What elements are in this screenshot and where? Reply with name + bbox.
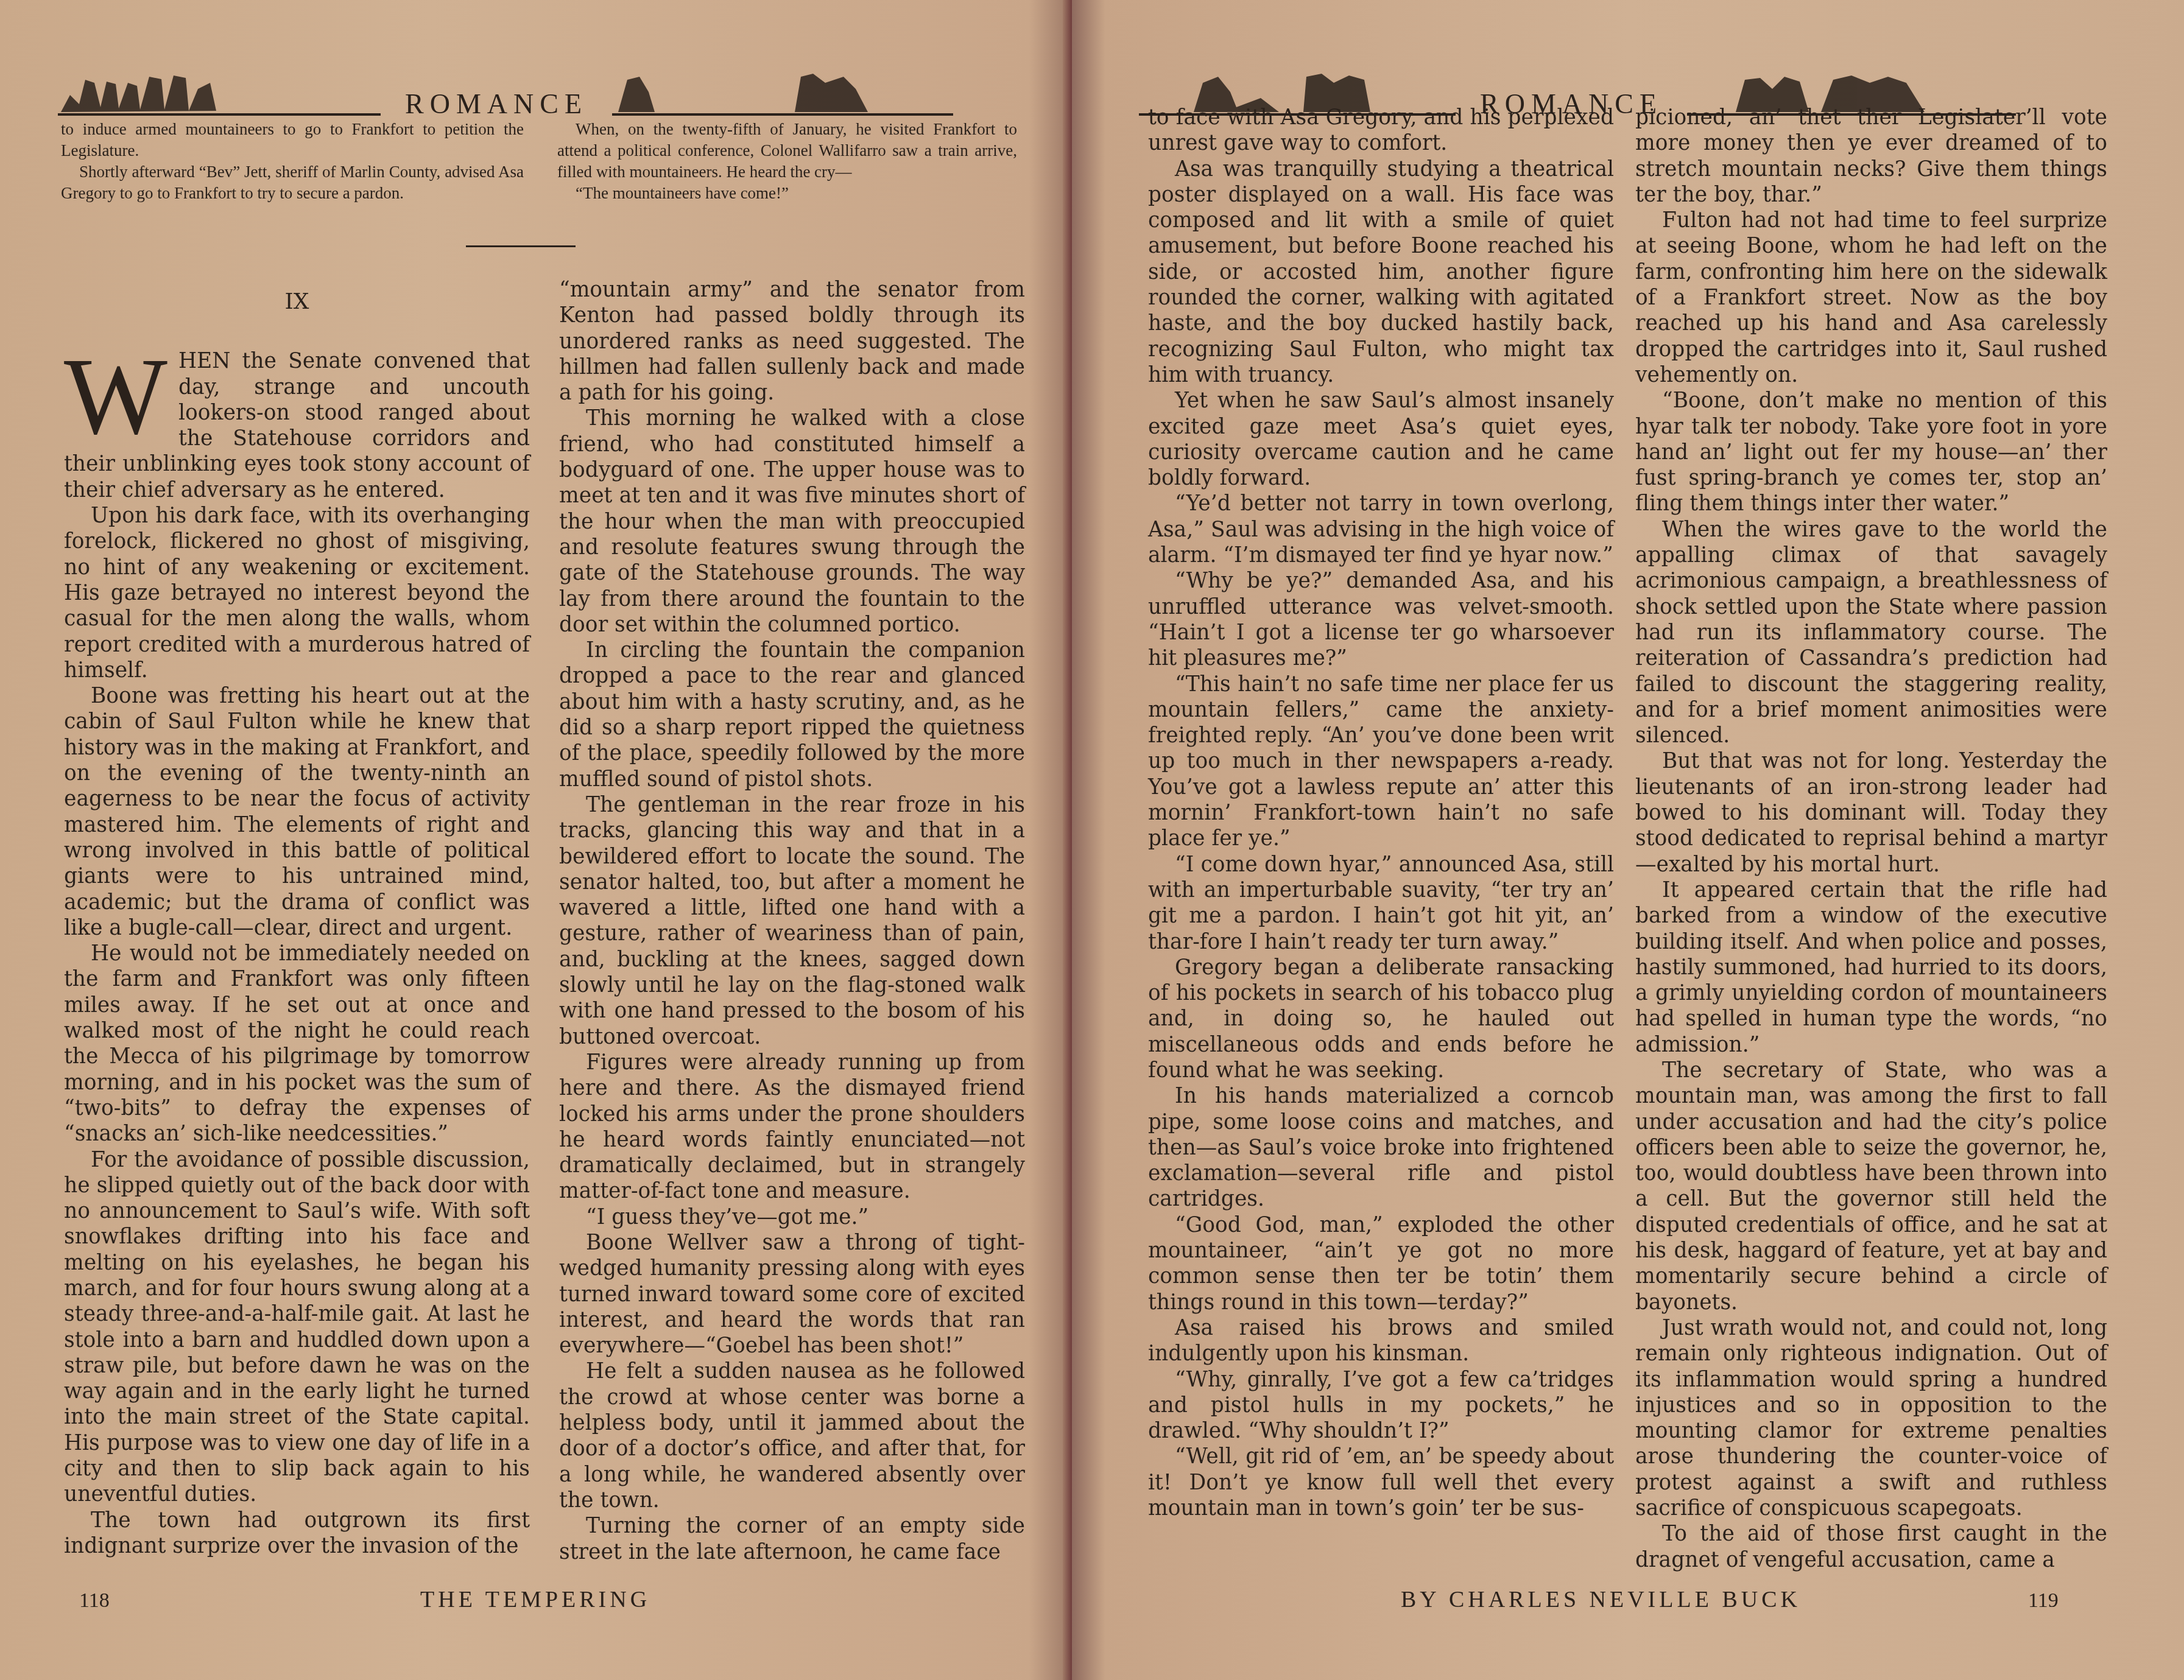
figures-ornament-icon: [612, 71, 953, 116]
teaser-paragraph: When, on the twenty-fifth of January, he…: [557, 119, 1017, 183]
paragraph: Upon his dark face, with its overhanging…: [64, 503, 530, 683]
paragraph: “Why, ginrally, I’ve got a few ca’tridge…: [1148, 1367, 1614, 1444]
paragraph: “mountain army” and the senator from Ken…: [559, 277, 1025, 406]
paragraph: to face with Asa Gregory, and his perple…: [1148, 105, 1614, 156]
paragraph: Boone Wellver saw a throng of tight-wedg…: [559, 1230, 1025, 1358]
footer-author: BY CHARLES NEVILLE BUCK: [1401, 1586, 1801, 1613]
paragraph: Figures were already running up from her…: [559, 1050, 1025, 1204]
paragraph: Turning the corner of an empty side stre…: [559, 1513, 1025, 1565]
paragraph: Asa raised his brows and smiled indulgen…: [1148, 1315, 1614, 1367]
left-column-1: IX WHEN the Senate convened that day, st…: [64, 277, 530, 1559]
paragraph: Gregory began a deliberate ransacking of…: [1148, 955, 1614, 1083]
teaser-paragraph: “The mountaineers have come!”: [557, 183, 1017, 204]
teaser-col-1: to induce armed mountaineers to go to Fr…: [61, 119, 524, 204]
paragraph: The secretary of State, who was a mounta…: [1635, 1058, 2107, 1315]
left-page: ROMANCE to induce armed mountaineers to …: [0, 0, 1072, 1680]
paragraph: “Boone, don’t make no mention of this hy…: [1635, 388, 2107, 516]
left-column-2: “mountain army” and the senator from Ken…: [559, 277, 1025, 1565]
paragraph: picioned, an’ thet ther Legislater’ll vo…: [1635, 105, 2107, 208]
paragraph: Just wrath would not, and could not, lon…: [1635, 1315, 2107, 1521]
paragraph: “Why be ye?” demanded Asa, and his unruf…: [1148, 568, 1614, 671]
paragraph: The town had outgrown its first indignan…: [64, 1508, 530, 1559]
figures-ornament-icon: [58, 71, 381, 116]
paragraph: Asa was tranquilly studying a theatrical…: [1148, 156, 1614, 388]
teaser-paragraph: Shortly afterward “Bev” Jett, sheriff of…: [61, 161, 524, 204]
right-column-2: picioned, an’ thet ther Legislater’ll vo…: [1635, 105, 2107, 1573]
running-head: ROMANCE: [381, 90, 612, 118]
paragraph: Yet when he saw Saul’s almost insanely e…: [1148, 388, 1614, 491]
section-rule: [466, 245, 576, 247]
paragraph: In circling the fountain the companion d…: [559, 638, 1025, 792]
chapter-number: IX: [64, 289, 530, 315]
paragraph: WHEN the Senate convened that day, stran…: [64, 348, 530, 503]
paragraph: He felt a sudden nausea as he followed t…: [559, 1358, 1025, 1513]
paragraph: “I come down hyar,” announced Asa, still…: [1148, 852, 1614, 955]
paragraph: Boone was fretting his heart out at the …: [64, 683, 530, 941]
paragraph: “This hain’t no safe time ner place fer …: [1148, 672, 1614, 852]
paragraph: “Good God, man,” exploded the other moun…: [1148, 1212, 1614, 1315]
left-running-header: ROMANCE: [58, 61, 1017, 116]
right-column-1: to face with Asa Gregory, and his perple…: [1148, 105, 1614, 1521]
paragraph: “Well, git rid of ’em, an’ be speedy abo…: [1148, 1444, 1614, 1521]
drop-cap: W: [64, 351, 167, 442]
paragraph: “Ye’d better not tarry in town overlong,…: [1148, 491, 1614, 568]
paragraph: In his hands materialized a corncob pipe…: [1148, 1083, 1614, 1212]
paragraph: The gentleman in the rear froze in his t…: [559, 792, 1025, 1050]
teaser-col-2: When, on the twenty-fifth of January, he…: [557, 119, 1017, 204]
page-number: 118: [79, 1589, 110, 1612]
paragraph: When the wires gave to the world the app…: [1635, 517, 2107, 749]
footer-title: THE TEMPERING: [420, 1586, 650, 1613]
paragraph: Fulton had not had time to feel surprize…: [1635, 208, 2107, 388]
page-number: 119: [2028, 1589, 2059, 1612]
paragraph: But that was not for long. Yesterday the…: [1635, 748, 2107, 877]
right-page: ROMANCE to face with Asa Gregory, and hi…: [1072, 0, 2184, 1680]
paragraph: It appeared certain that the rifle had b…: [1635, 877, 2107, 1058]
paragraph: This morning he walked with a close frie…: [559, 406, 1025, 638]
paragraph: To the aid of those first caught in the …: [1635, 1521, 2107, 1573]
paragraph: He would not be immediately needed on th…: [64, 941, 530, 1147]
paragraph: “I guess they’ve—got me.”: [559, 1204, 1025, 1230]
teaser-paragraph: to induce armed mountaineers to go to Fr…: [61, 119, 524, 161]
paragraph: For the avoidance of possible discussion…: [64, 1147, 530, 1508]
